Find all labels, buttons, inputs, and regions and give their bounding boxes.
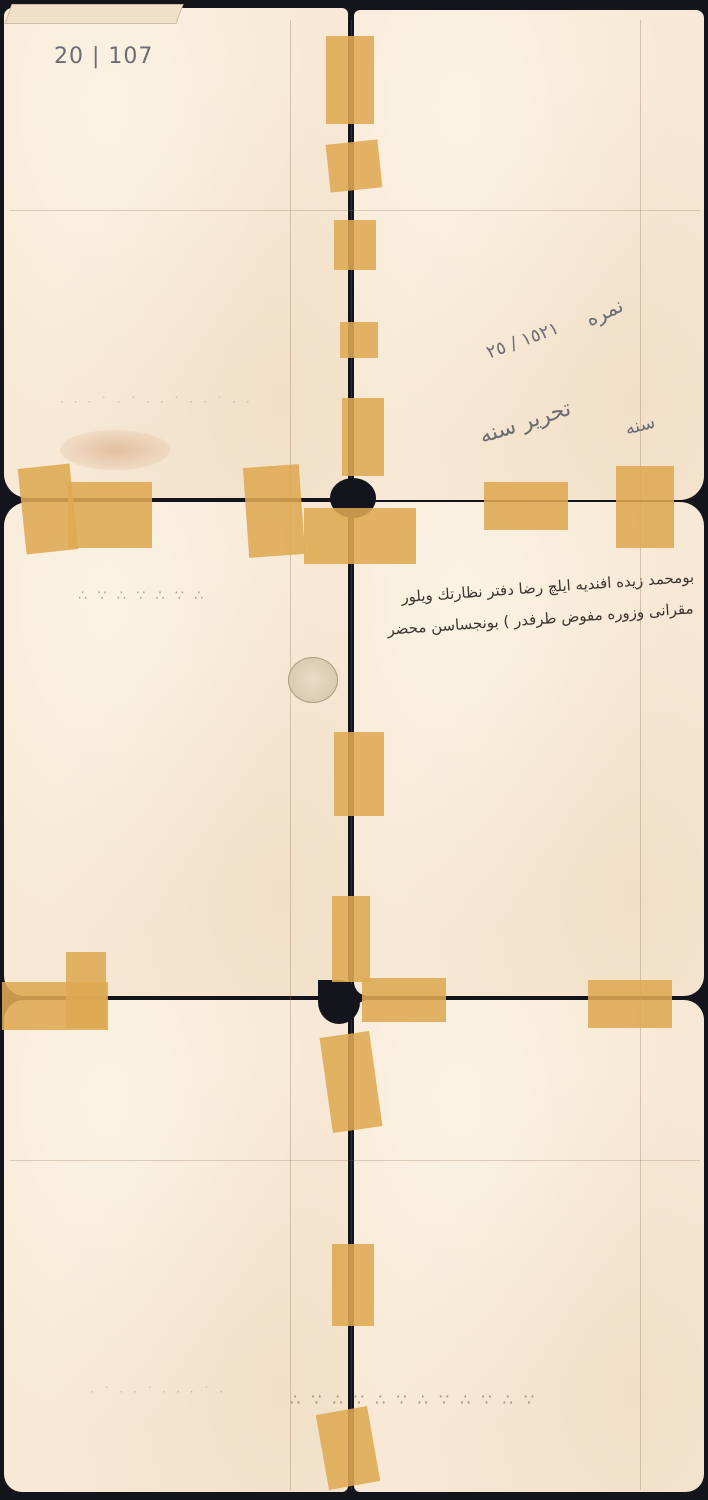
repair-tape bbox=[484, 482, 568, 530]
crease-line bbox=[10, 210, 700, 211]
repair-tape bbox=[342, 398, 384, 476]
folded-corner bbox=[4, 4, 183, 24]
repair-tape bbox=[340, 322, 378, 358]
repair-tape bbox=[332, 896, 370, 982]
repair-tape bbox=[334, 732, 384, 816]
bleed-through-text: · ˙ · · ˙ · · · ˙ · bbox=[90, 1385, 226, 1399]
repair-tape bbox=[588, 980, 672, 1028]
paper-panel-bottom-left bbox=[4, 1000, 348, 1492]
paper-panel-middle-left bbox=[4, 502, 348, 996]
repair-tape bbox=[243, 464, 305, 558]
repair-tape bbox=[68, 482, 152, 548]
rust-stain bbox=[60, 430, 170, 470]
crease-line bbox=[10, 1160, 700, 1161]
repair-tape bbox=[66, 952, 106, 1028]
bleed-through-text: ∴ ∵ ∴ ∵ ∴ ∵ ∴ bbox=[78, 588, 206, 604]
repair-tape bbox=[326, 139, 383, 192]
repair-tape bbox=[332, 1244, 374, 1326]
repair-tape bbox=[334, 220, 376, 270]
seal-impression bbox=[288, 657, 338, 703]
repair-tape bbox=[326, 36, 374, 124]
repair-tape bbox=[616, 466, 674, 548]
crease-line bbox=[290, 20, 291, 1490]
paper-panel-top-left bbox=[4, 8, 348, 498]
fold-hole bbox=[318, 980, 360, 1024]
bleed-through-text: ∴ ∵ ∴ ∵ ∴ ∵ ∴ ∵ ∴ ∵ ∴ ∵ bbox=[290, 1390, 537, 1409]
archive-number: 20 | 107 bbox=[54, 44, 153, 69]
repair-tape bbox=[362, 978, 446, 1022]
bleed-through-text: · · · ˙ · ˙ · · ˙ · · ˙ · · bbox=[60, 395, 253, 409]
crease-line bbox=[640, 20, 641, 1490]
repair-tape bbox=[304, 508, 416, 564]
paper-panel-bottom-right bbox=[354, 1000, 704, 1492]
